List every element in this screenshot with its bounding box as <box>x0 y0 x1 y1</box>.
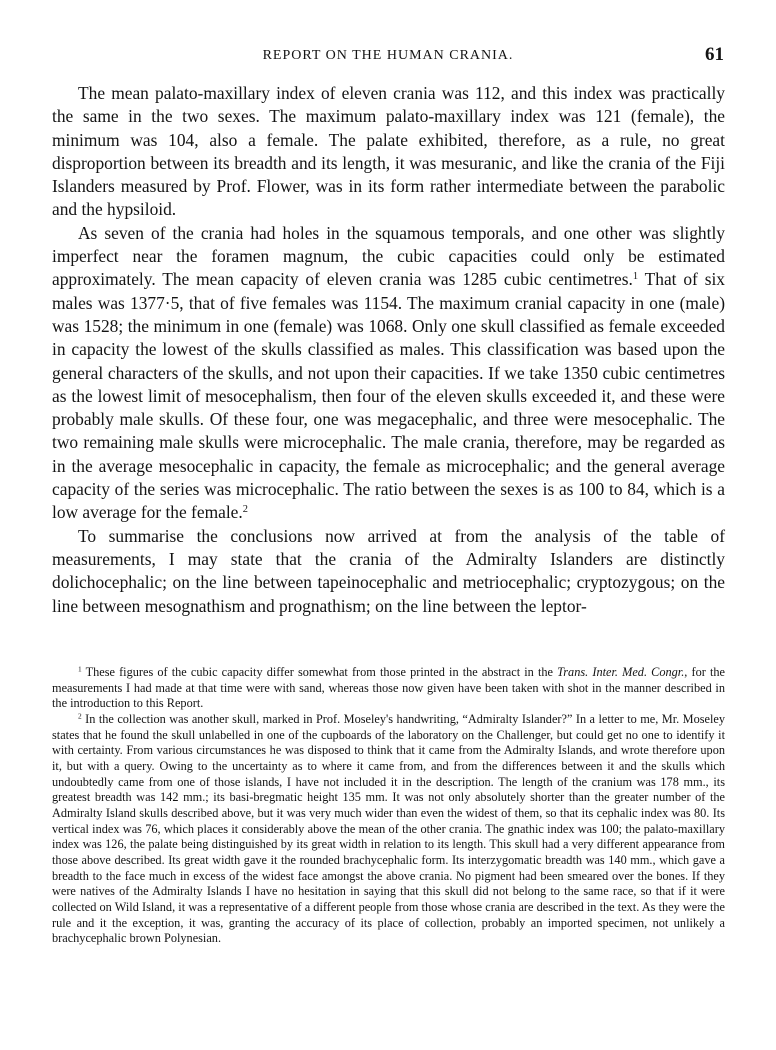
footnote-citation: Trans. Inter. Med. Congr. <box>557 665 684 679</box>
footnote-text: In the collection was another skull, mar… <box>52 712 725 945</box>
paragraph-text: As seven of the crania had holes in the … <box>52 223 725 290</box>
footnotes: 1 These figures of the cubic capacity di… <box>52 665 725 947</box>
footnote-1: 1 These figures of the cubic capacity di… <box>52 665 725 712</box>
running-head: REPORT ON THE HUMAN CRANIA. 61 <box>52 44 724 68</box>
footnote-text: These figures of the cubic capacity diff… <box>82 665 557 679</box>
paragraph-summary: To summarise the conclusions now arrived… <box>52 525 725 618</box>
paragraph-text: That of six males was 1377·5, that of fi… <box>52 269 725 522</box>
footnote-ref-2[interactable]: 2 <box>243 504 248 515</box>
page-number: 61 <box>705 44 724 66</box>
paragraph-cranial-capacity: As seven of the crania had holes in the … <box>52 222 725 525</box>
footnote-2: 2 In the collection was another skull, m… <box>52 712 725 947</box>
paragraph-text: To summarise the conclusions now arrived… <box>52 526 725 616</box>
body-text: The mean palato-maxillary index of eleve… <box>52 82 725 618</box>
paragraph-palato-maxillary: The mean palato-maxillary index of eleve… <box>52 82 725 222</box>
paragraph-text: The mean palato-maxillary index of eleve… <box>52 83 725 219</box>
running-head-title: REPORT ON THE HUMAN CRANIA. <box>52 48 724 64</box>
